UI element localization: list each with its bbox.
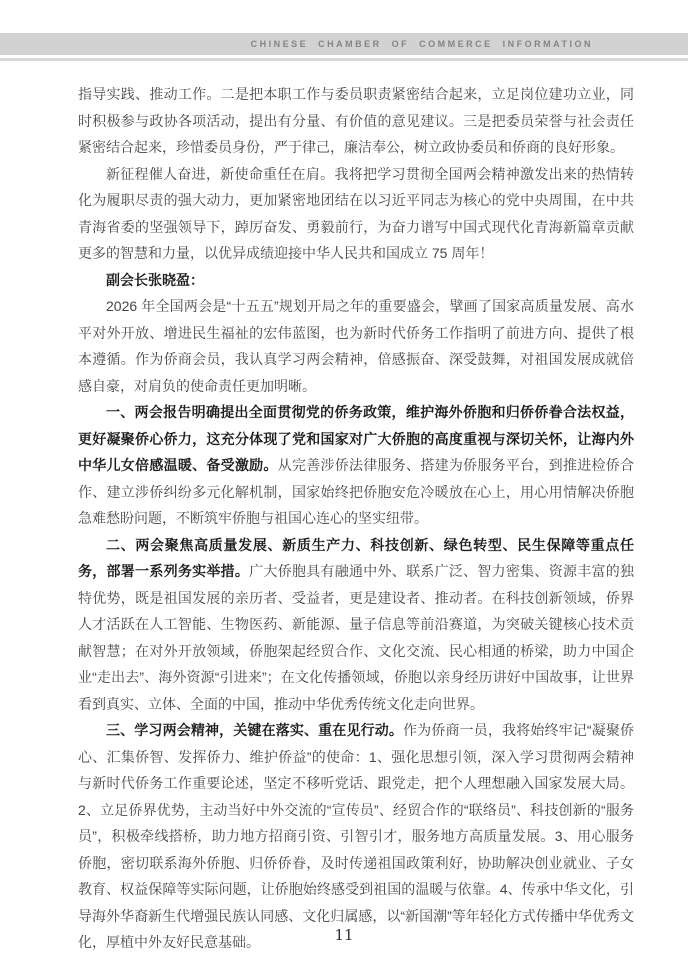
- paragraph-text: 指导实践、推动工作。二是把本职工作与委员职责紧密结合起来，立足岗位建功立业，同时…: [78, 86, 634, 155]
- section-3-lead: 三、学习两会精神，关键在落实、重在见行动。: [106, 722, 403, 738]
- document-page: CHINESE CHAMBER OF COMMERCE INFORMATION …: [0, 0, 688, 971]
- paragraph-section-3: 三、学习两会精神，关键在落实、重在见行动。作为侨商一员，我将始终牢记“凝聚侨心、…: [78, 717, 634, 956]
- paragraph-text: 2026 年全国两会是“十五五”规划开局之年的重要盛会，擘画了国家高质量发展、高…: [78, 298, 634, 394]
- paragraph-section-1: 一、两会报告明确提出全面贯彻党的侨务政策，维护海外侨胞和归侨侨眷合法权益，更好凝…: [78, 399, 634, 532]
- document-body: 指导实践、推动工作。二是把本职工作与委员职责紧密结合起来，立足岗位建功立业，同时…: [78, 81, 634, 956]
- section-2-body: 广大侨胞具有融通中外、联系广泛、智力密集、资源丰富的独特优势，既是祖国发展的亲历…: [78, 563, 634, 712]
- speaker-heading: 副会长张晓盈：: [78, 267, 634, 294]
- page-number: 11: [0, 926, 688, 944]
- paragraph: 新征程催人奋进，新使命重任在肩。我将把学习贯彻全国两会精神激发出来的热情转化为履…: [78, 161, 634, 267]
- paragraph-section-2: 二、两会聚焦高质量发展、新质生产力、科技创新、绿色转型、民生保障等重点任务，部署…: [78, 532, 634, 718]
- header-divider-line: [0, 58, 688, 61]
- section-3-body: 作为侨商一员，我将始终牢记“凝聚侨心、汇集侨智、发挥侨力、维护侨益”的使命：1、…: [78, 722, 634, 950]
- paragraph-text: 新征程催人奋进，新使命重任在肩。我将把学习贯彻全国两会精神激发出来的热情转化为履…: [78, 166, 634, 262]
- paragraph: 指导实践、推动工作。二是把本职工作与委员职责紧密结合起来，立足岗位建功立业，同时…: [78, 81, 634, 161]
- speaker-name: 副会长张晓盈：: [106, 272, 204, 288]
- paragraph: 2026 年全国两会是“十五五”规划开局之年的重要盛会，擘画了国家高质量发展、高…: [78, 293, 634, 399]
- header-banner: CHINESE CHAMBER OF COMMERCE INFORMATION: [0, 33, 688, 55]
- header-banner-text: CHINESE CHAMBER OF COMMERCE INFORMATION: [251, 39, 593, 49]
